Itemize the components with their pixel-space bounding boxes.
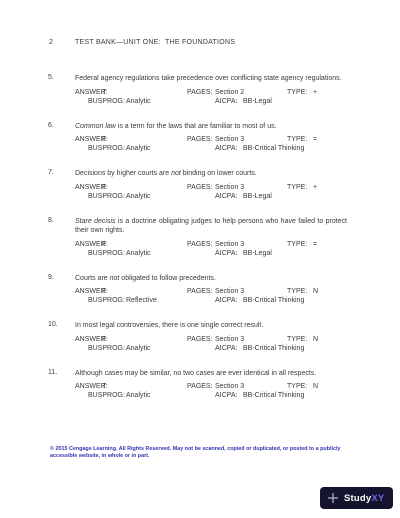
busprog-label: BUSPROG:: [88, 98, 125, 105]
question-text-run: not: [110, 275, 120, 282]
question-text-run: Stare decisis: [75, 218, 116, 225]
question-text-run: is a doctrine obligating judges to help …: [75, 218, 347, 235]
type-label: TYPE:: [287, 336, 307, 343]
question-number: 6.: [48, 122, 54, 129]
question-item: 9. Courts are not obligated to follow pr…: [0, 274, 400, 308]
question-text-run: Courts are: [75, 275, 110, 282]
question-number: 9.: [48, 274, 54, 281]
aicpa-value: BB-Legal: [243, 250, 272, 257]
copyright-line-1: © 2015 Cengage Learning. All Rights Rese…: [50, 446, 340, 453]
aicpa-value: BB-Critical Thinking: [243, 297, 304, 304]
pages-label: PAGES:: [187, 383, 213, 390]
answer-block: ANSWER: F PAGES: Section 3 TYPE: N BUSPR…: [0, 336, 400, 355]
answer-value: F: [102, 241, 106, 248]
busprog-value: Reflective: [126, 297, 157, 304]
question-text: Although cases may be similar, no two ca…: [75, 369, 347, 379]
brand-text-primary: Study: [344, 493, 371, 504]
type-label: TYPE:: [287, 136, 307, 143]
type-value: N: [313, 383, 318, 390]
type-label: TYPE:: [287, 89, 307, 96]
question-text: In most legal controversies, there is on…: [75, 321, 347, 331]
answer-value: F: [102, 184, 106, 191]
questions-list: 5. Federal agency regulations take prece…: [0, 74, 400, 416]
question-text-run: not: [171, 170, 181, 177]
aicpa-value: BB-Legal: [243, 98, 272, 105]
pages-value: Section 3: [215, 184, 244, 191]
question-number: 8.: [48, 217, 54, 224]
question-item: 7. Decisions by higher courts are not bi…: [0, 169, 400, 203]
busprog-label: BUSPROG:: [88, 145, 125, 152]
answer-value: F: [102, 336, 106, 343]
aicpa-label: AICPA:: [215, 345, 237, 352]
brand-text-secondary: XY: [371, 493, 384, 504]
answer-value: F: [102, 288, 106, 295]
question-number: 5.: [48, 74, 54, 81]
type-value: =: [313, 136, 317, 143]
question-text: Common law is a term for the laws that a…: [75, 122, 347, 132]
busprog-label: BUSPROG:: [88, 392, 125, 399]
pages-label: PAGES:: [187, 136, 213, 143]
question-number: 11.: [48, 369, 57, 376]
answer-value: F: [102, 136, 106, 143]
aicpa-value: BB-Critical Thinking: [243, 392, 304, 399]
type-label: TYPE:: [287, 184, 307, 191]
plus-icon: [327, 492, 339, 504]
type-value: +: [313, 89, 317, 96]
question-text: Federal agency regulations take preceden…: [75, 74, 347, 84]
question-text-run: In most legal controversies, there is on…: [75, 322, 263, 329]
answer-block: ANSWER: F PAGES: Section 3 TYPE: + BUSPR…: [0, 184, 400, 203]
pages-label: PAGES:: [187, 184, 213, 191]
question-item: 5. Federal agency regulations take prece…: [0, 74, 400, 108]
pages-label: PAGES:: [187, 241, 213, 248]
aicpa-label: AICPA:: [215, 98, 237, 105]
studyxy-brand-badge: StudyXY: [320, 487, 393, 509]
copyright-line-2: accessible website, in whole or in part.: [50, 453, 340, 460]
aicpa-label: AICPA:: [215, 297, 237, 304]
question-text: Courts are not obligated to follow prece…: [75, 274, 347, 284]
pages-value: Section 3: [215, 383, 244, 390]
busprog-value: Analytic: [126, 98, 151, 105]
type-value: =: [313, 241, 317, 248]
question-text-run: binding on lower courts.: [181, 170, 257, 177]
question-text-run: is a term for the laws that are familiar…: [116, 123, 277, 130]
question-number: 10.: [48, 321, 58, 328]
aicpa-label: AICPA:: [215, 250, 237, 257]
type-value: N: [313, 288, 318, 295]
answer-block: ANSWER: F PAGES: Section 3 TYPE: N BUSPR…: [0, 288, 400, 307]
pages-value: Section 3: [215, 136, 244, 143]
brand-text: StudyXY: [344, 493, 384, 504]
question-text: Decisions by higher courts are not bindi…: [75, 169, 347, 179]
aicpa-value: BB-Critical Thinking: [243, 345, 304, 352]
busprog-label: BUSPROG:: [88, 193, 125, 200]
question-text-run: Federal agency regulations take preceden…: [75, 75, 342, 82]
answer-block: ANSWER: F PAGES: Section 3 TYPE: = BUSPR…: [0, 241, 400, 260]
pages-value: Section 3: [215, 336, 244, 343]
busprog-value: Analytic: [126, 392, 151, 399]
question-item: 8. Stare decisis is a doctrine obligatin…: [0, 217, 400, 260]
busprog-label: BUSPROG:: [88, 297, 125, 304]
question-item: 11. Although cases may be similar, no tw…: [0, 369, 400, 403]
header-title: TEST BANK—UNIT ONE: THE FOUNDATIONS: [75, 39, 235, 46]
answer-value: T: [102, 383, 106, 390]
busprog-value: Analytic: [126, 193, 151, 200]
pages-label: PAGES:: [187, 89, 213, 96]
pages-label: PAGES:: [187, 336, 213, 343]
busprog-label: BUSPROG:: [88, 345, 125, 352]
type-value: +: [313, 184, 317, 191]
type-label: TYPE:: [287, 383, 307, 390]
answer-block: ANSWER: T PAGES: Section 3 TYPE: N BUSPR…: [0, 383, 400, 402]
aicpa-label: AICPA:: [215, 145, 237, 152]
type-value: N: [313, 336, 318, 343]
answer-value: T: [102, 89, 106, 96]
answer-block: ANSWER: F PAGES: Section 3 TYPE: = BUSPR…: [0, 136, 400, 155]
pages-label: PAGES:: [187, 288, 213, 295]
page-number: 2: [49, 39, 53, 46]
question-text-run: Common law: [75, 123, 116, 130]
question-item: 10. In most legal controversies, there i…: [0, 321, 400, 355]
busprog-value: Analytic: [126, 250, 151, 257]
aicpa-value: BB-Critical Thinking: [243, 145, 304, 152]
question-text-run: Decisions by higher courts are: [75, 170, 171, 177]
question-text: Stare decisis is a doctrine obligating j…: [75, 217, 347, 236]
pages-value: Section 3: [215, 288, 244, 295]
question-number: 7.: [48, 169, 54, 176]
question-text-run: obligated to follow precedents.: [119, 275, 216, 282]
busprog-value: Analytic: [126, 145, 151, 152]
busprog-label: BUSPROG:: [88, 250, 125, 257]
question-text-run: Although cases may be similar, no two ca…: [75, 370, 316, 377]
type-label: TYPE:: [287, 288, 307, 295]
pages-value: Section 2: [215, 89, 244, 96]
type-label: TYPE:: [287, 241, 307, 248]
pages-value: Section 3: [215, 241, 244, 248]
busprog-value: Analytic: [126, 345, 151, 352]
aicpa-value: BB-Legal: [243, 193, 272, 200]
copyright-notice: © 2015 Cengage Learning. All Rights Rese…: [50, 446, 340, 459]
answer-block: ANSWER: T PAGES: Section 2 TYPE: + BUSPR…: [0, 89, 400, 108]
aicpa-label: AICPA:: [215, 392, 237, 399]
aicpa-label: AICPA:: [215, 193, 237, 200]
question-item: 6. Common law is a term for the laws tha…: [0, 122, 400, 156]
